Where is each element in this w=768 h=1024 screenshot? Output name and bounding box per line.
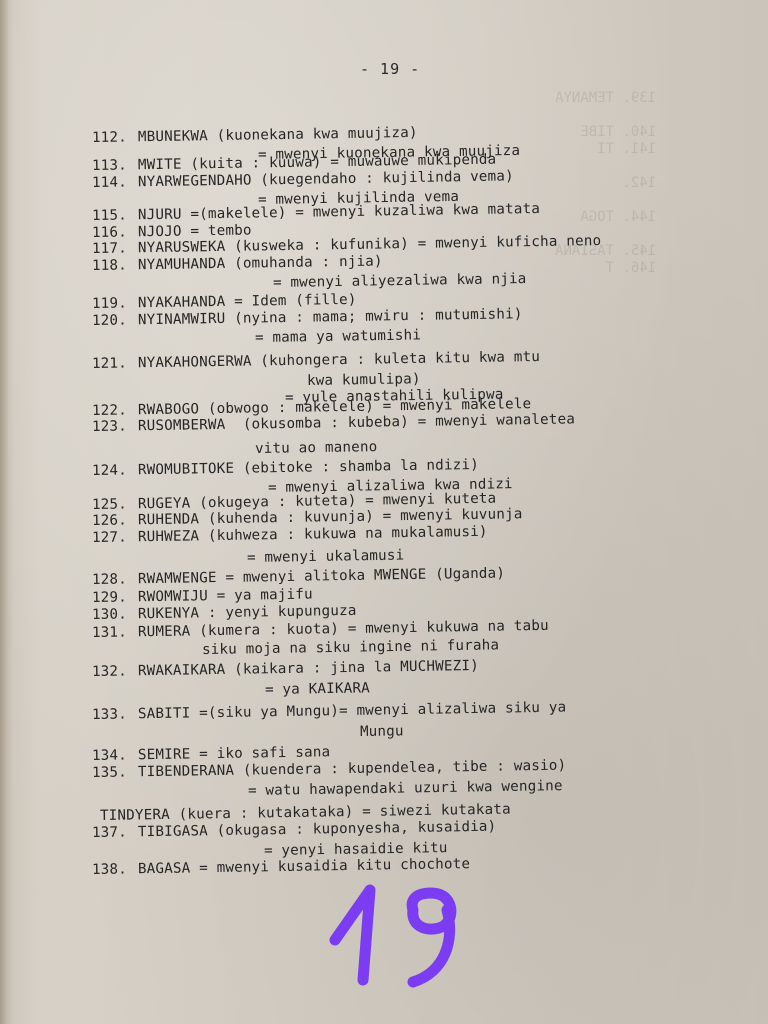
entry-text: kwa kumulipa) — [307, 371, 421, 389]
document-page: 139. TEMANYA 140. TIBE 141. TI 142. 144.… — [0, 0, 768, 1024]
entry-text: NYAKAHONGERWA (kuhongera : kuleta kitu k… — [138, 349, 540, 371]
entry-line: 118.NYAMUHANDA (omuhanda : njia) — [92, 253, 383, 274]
entry-text: NYAMUHANDA (omuhanda : njia) — [138, 253, 383, 273]
entry-number: 122. — [92, 402, 138, 419]
entry-line: 132.RWAKAIKARA (kaikara : jina la MUCHWE… — [92, 658, 479, 680]
entry-continuation-line: vitu ao maneno — [255, 439, 378, 457]
entry-line: 124.RWOMUBITOKE (ebitoke : shamba la ndi… — [92, 457, 479, 479]
entry-continuation-line: = watu hawapendaki uzuri kwa wengine — [248, 778, 563, 799]
entry-text: Mungu — [360, 723, 404, 740]
entry-text: RUKENYA : yenyi kupunguza — [138, 603, 357, 622]
entry-number: 125. — [92, 496, 138, 513]
entry-line: 128.RWAMWENGE = mwenyi alitoka MWENGE (U… — [92, 566, 505, 588]
entry-number: 114. — [92, 174, 138, 191]
entry-number: 135. — [92, 764, 138, 781]
entry-continuation-line: kwa kumulipa) — [307, 371, 421, 389]
entry-text: BAGASA = mwenyi kusaidia kitu chochote — [138, 856, 470, 877]
entry-number: 138. — [92, 861, 138, 878]
entry-number: 112. — [92, 129, 138, 146]
entry-number: 127. — [92, 529, 138, 546]
entry-text: NJOJO = tembo — [138, 222, 252, 240]
entry-number: 121. — [92, 355, 138, 372]
entry-text: = mwenyi ukalamusi — [247, 548, 405, 566]
entry-text: MBUNEKWA (kuonekana kwa muujiza) — [138, 125, 418, 145]
entry-text: RWAMWENGE = mwenyi alitoka MWENGE (Ugand… — [138, 566, 505, 588]
entry-number: 117. — [92, 240, 138, 257]
entry-number: 134. — [92, 747, 138, 764]
entry-text: = mama ya watumishi — [255, 327, 421, 346]
entry-number: 115. — [92, 207, 138, 224]
entry-number: 123. — [92, 418, 138, 435]
entry-text: = ya KAIKARA — [265, 680, 370, 698]
entry-text: = mwenyi aliyezaliwa kwa njia — [273, 271, 527, 291]
entry-text: siku moja na siku ingine ni furaha — [202, 637, 499, 658]
entry-text: RWOMUBITOKE (ebitoke : shamba la ndizi) — [138, 457, 479, 478]
entry-text: SEMIRE = iko safi sana — [138, 744, 331, 763]
entry-continuation-line: siku moja na siku ingine ni furaha — [202, 637, 499, 658]
entry-text: NJURU =(makelele) = mwenyi kuzaliwa kwa … — [138, 201, 540, 223]
entry-text: SABITI =(siku ya Mungu)= mwenyi alizaliw… — [138, 700, 567, 723]
entry-text: = watu hawapendaki uzuri kwa wengine — [248, 778, 563, 799]
entry-continuation-line: = ya KAIKARA — [265, 680, 370, 698]
entry-number: 113. — [92, 157, 138, 174]
entry-number: 131. — [92, 624, 138, 641]
entry-line: 133.SABITI =(siku ya Mungu)= mwenyi aliz… — [92, 700, 567, 723]
entry-number: 137. — [92, 824, 138, 841]
entry-continuation-line: Mungu — [360, 723, 404, 740]
entry-continuation-line: = mwenyi ukalamusi — [247, 548, 405, 566]
entry-line: 138.BAGASA = mwenyi kusaidia kitu chocho… — [92, 856, 470, 878]
entry-number: 132. — [92, 663, 138, 680]
entry-text: RWOMWIJU = ya majifu — [138, 587, 313, 606]
entry-number: 116. — [92, 224, 138, 241]
entry-text: vitu ao maneno — [255, 439, 378, 457]
entry-text: RWAKAIKARA (kaikara : jina la MUCHWEZI) — [138, 658, 479, 679]
entry-number: 120. — [92, 312, 138, 329]
entry-line: 115.NJURU =(makelele) = mwenyi kuzaliwa … — [92, 201, 540, 224]
entry-number: 130. — [92, 606, 138, 623]
entry-line: 112.MBUNEKWA (kuonekana kwa muujiza) — [92, 125, 418, 146]
entry-line: 121.NYAKAHONGERWA (kuhongera : kuleta ki… — [92, 349, 540, 372]
handwritten-page-number — [315, 880, 495, 990]
entry-continuation-line: = mwenyi aliyezaliwa kwa njia — [273, 271, 527, 291]
name-entries-list: 112.MBUNEKWA (kuonekana kwa muujiza)= mw… — [0, 0, 768, 1024]
entry-number: 129. — [92, 589, 138, 606]
entry-line: 130.RUKENYA : yenyi kupunguza — [92, 603, 357, 623]
entry-number: 119. — [92, 295, 138, 312]
entry-number: 128. — [92, 571, 138, 588]
entry-number: 118. — [92, 257, 138, 274]
entry-number: 133. — [92, 706, 138, 723]
entry-continuation-line: = mama ya watumishi — [255, 327, 421, 346]
entry-number: 126. — [92, 512, 138, 529]
entry-number: 124. — [92, 462, 138, 479]
